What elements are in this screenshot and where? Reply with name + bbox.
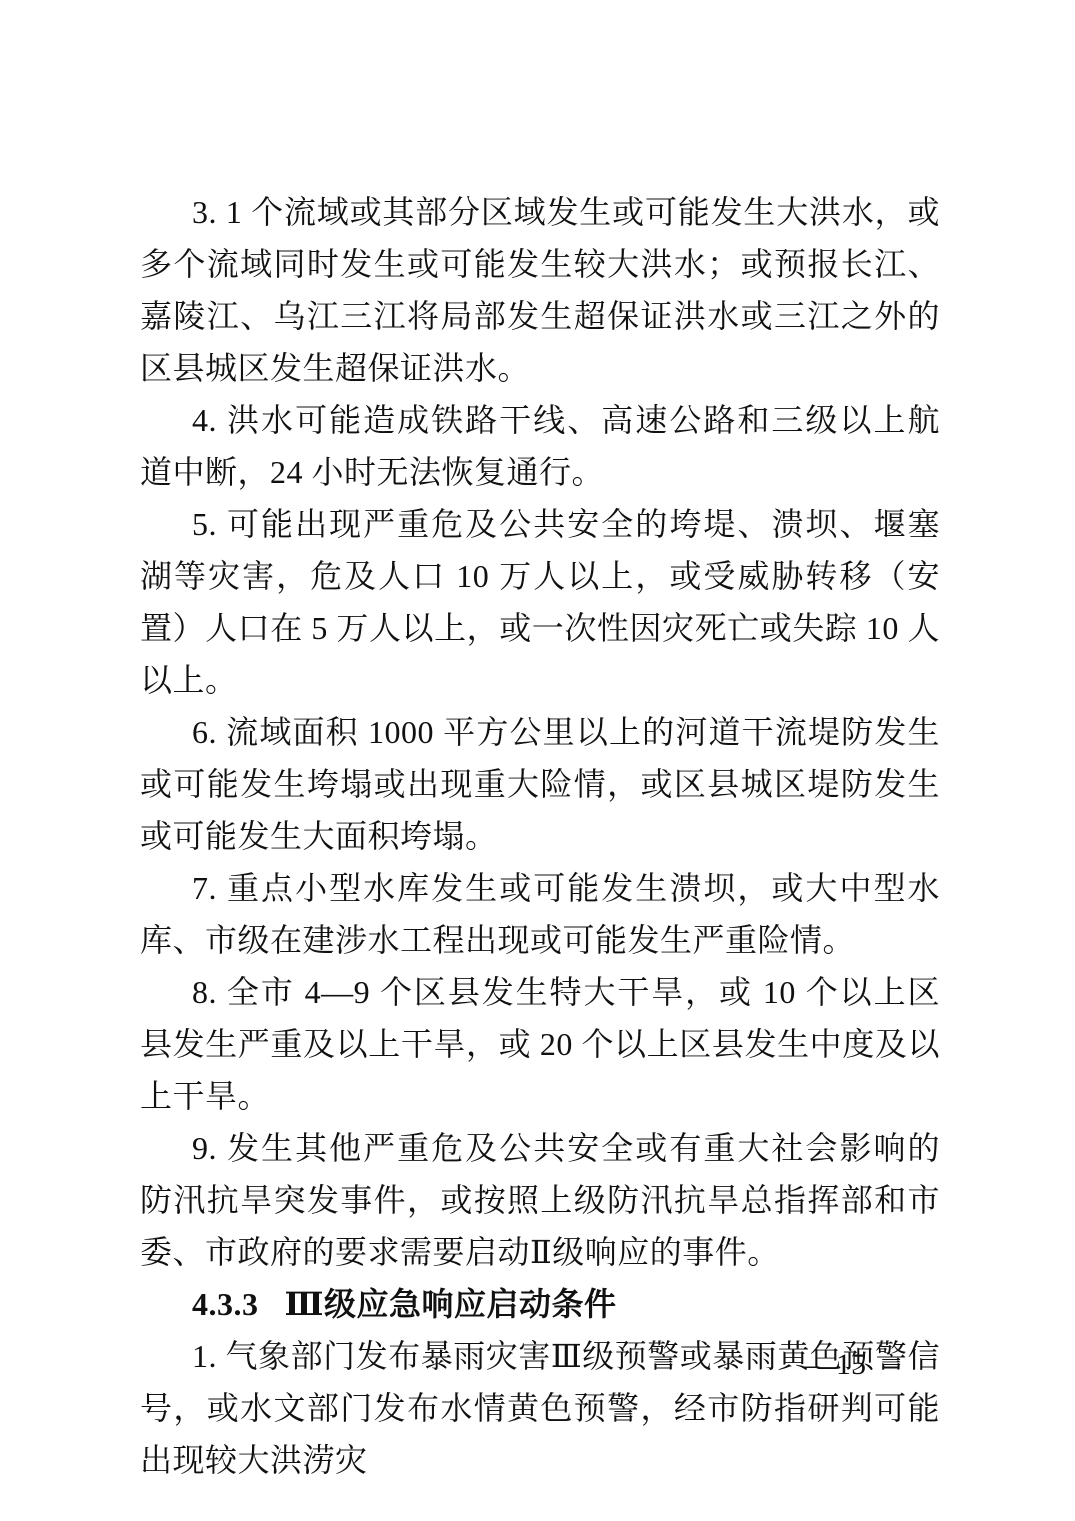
list-item-4: 4. 洪水可能造成铁路干线、高速公路和三级以上航道中断，24 小时无法恢复通行。 xyxy=(140,394,940,498)
page-footer: – 15 – xyxy=(804,1348,898,1382)
section-heading-title: Ⅲ级应急响应启动条件 xyxy=(285,1286,617,1322)
footer-dash-left: – xyxy=(804,1348,819,1382)
document-body: 3. 1 个流域或其部分区域发生或可能发生大洪水，或多个流域同时发生或可能发生较… xyxy=(140,186,940,1486)
page-number: 15 xyxy=(836,1348,866,1382)
document-page: 3. 1 个流域或其部分区域发生或可能发生大洪水，或多个流域同时发生或可能发生较… xyxy=(0,0,1075,1521)
section-heading-number: 4.3.3 xyxy=(192,1286,259,1322)
list-item-6: 6. 流域面积 1000 平方公里以上的河道干流堤防发生或可能发生垮塌或出现重大… xyxy=(140,706,940,862)
footer-dash-right: – xyxy=(883,1348,898,1382)
list-item-8: 8. 全市 4—9 个区县发生特大干旱，或 10 个以上区县发生严重及以上干旱，… xyxy=(140,966,940,1122)
list-item-5: 5. 可能出现严重危及公共安全的垮堤、溃坝、堰塞湖等灾害，危及人口 10 万人以… xyxy=(140,498,940,706)
list-item-7: 7. 重点小型水库发生或可能发生溃坝，或大中型水库、市级在建涉水工程出现或可能发… xyxy=(140,862,940,966)
section-heading: 4.3.3Ⅲ级应急响应启动条件 xyxy=(140,1278,940,1330)
list-item-9: 9. 发生其他严重危及公共安全或有重大社会影响的防汛抗旱突发事件，或按照上级防汛… xyxy=(140,1122,940,1278)
list-item-3: 3. 1 个流域或其部分区域发生或可能发生大洪水，或多个流域同时发生或可能发生较… xyxy=(140,186,940,394)
